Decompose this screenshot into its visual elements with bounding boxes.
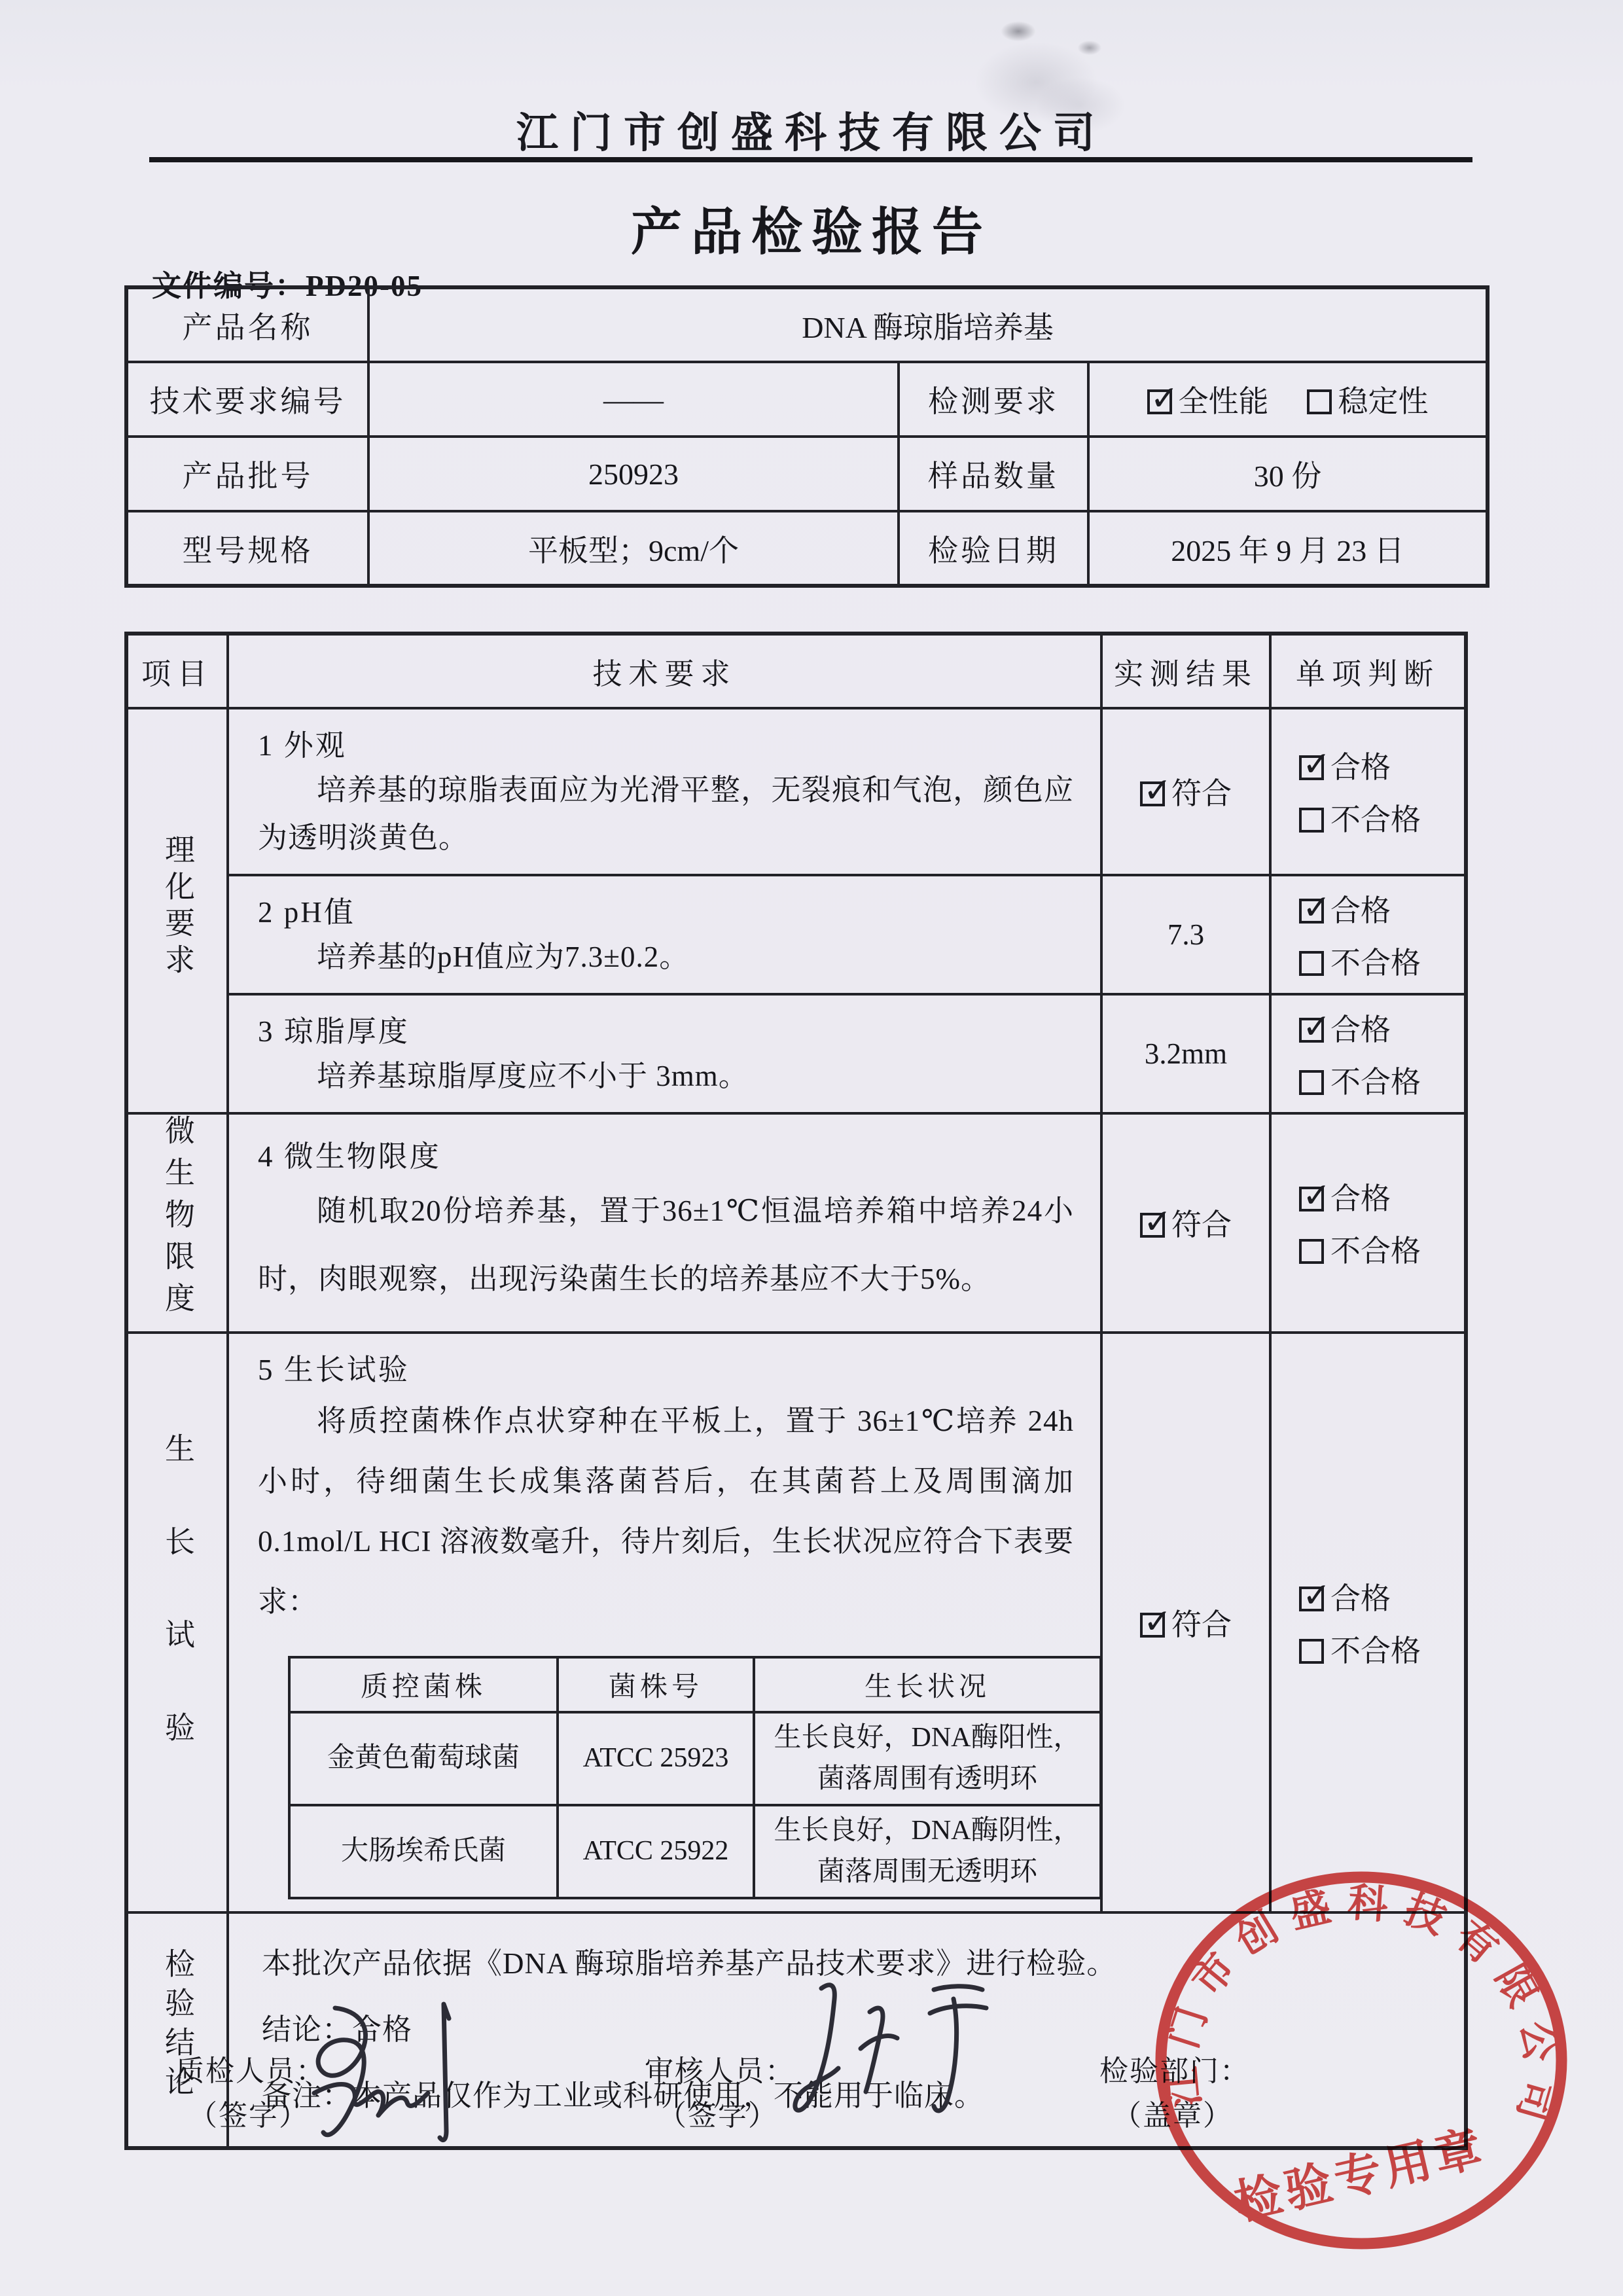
- col-header-result: 实测结果: [1101, 634, 1270, 708]
- tech-req-no-value: ——: [368, 362, 899, 437]
- test-req-option-stability: 稳定性: [1338, 385, 1429, 418]
- requirement-ph: 2 pH值 培养基的pH值应为7.3±0.2。: [228, 875, 1101, 994]
- requirement-thickness: 3 琼脂厚度 培养基琼脂厚度应不小于 3mm。: [228, 994, 1101, 1113]
- checkbox-unchecked-icon: [1307, 389, 1332, 414]
- reviewer-signature: [782, 1970, 1018, 2140]
- table-row: 型号规格 平板型；9cm/个 检验日期 2025 年 9 月 23 日: [126, 511, 1488, 586]
- judgement-microbial: 合格 不合格: [1270, 1113, 1466, 1333]
- inspection-stamp: 江门市创盛科技有限公司 检验专用章: [1137, 1856, 1585, 2275]
- report-page: 江门市创盛科技有限公司 产品检验报告 文件编号：PD20-05 产品名称 DNA…: [0, 0, 1623, 2296]
- checkbox-checked-icon: [1299, 899, 1324, 924]
- requirement-appearance: 1 外观 培养基的琼脂表面应为光滑平整，无裂痕和气泡，颜色应为透明淡黄色。: [228, 708, 1101, 875]
- col-header-item: 项目: [126, 634, 228, 708]
- batch-value: 250923: [368, 437, 899, 511]
- test-req-option-full: 全性能: [1179, 385, 1269, 418]
- table-row-ph: 2 pH值 培养基的pH值应为7.3±0.2。 7.3 合格 不合格: [126, 875, 1466, 994]
- report-title: 产品检验报告: [0, 191, 1623, 264]
- checkbox-checked-icon: [1299, 1018, 1324, 1043]
- checkbox-checked-icon: [1140, 1613, 1165, 1638]
- group-physchem: 理化要求: [126, 708, 228, 1113]
- checkbox-unchecked-icon: [1299, 951, 1324, 976]
- test-req-label: 检测要求: [899, 362, 1088, 437]
- checkbox-unchecked-icon: [1299, 1070, 1324, 1095]
- growth-col-status: 生长状况: [754, 1657, 1101, 1712]
- judgement-growth: 合格 不合格: [1270, 1333, 1466, 1912]
- group-microbial: 微生物限度: [126, 1113, 228, 1333]
- result-ph: 7.3: [1101, 875, 1270, 994]
- stamp-center-text: 检验专用章: [1230, 2121, 1490, 2230]
- qc-sign-sublabel: （签字）: [188, 2092, 309, 2134]
- growth-table-row: 大肠埃希氏菌 ATCC 25922 生长良好，DNA酶阴性，菌落周围无透明环: [289, 1805, 1101, 1898]
- stamp-ring-text: 江门市创盛科技有限公司: [1160, 1881, 1563, 2140]
- judgement-thickness: 合格 不合格: [1270, 994, 1466, 1113]
- checkbox-checked-icon: [1140, 1213, 1165, 1238]
- requirement-growth: 5 生长试验 将质控菌株作点状穿种在平板上，置于 36±1℃培养 24h 小时，…: [228, 1333, 1101, 1912]
- checkbox-checked-icon: [1299, 755, 1324, 780]
- sample-qty-value: 30 份: [1088, 437, 1488, 511]
- sample-qty-label: 样品数量: [899, 437, 1088, 511]
- checkbox-unchecked-icon: [1299, 808, 1324, 833]
- table-row: 产品批号 250923 样品数量 30 份: [126, 437, 1488, 511]
- group-growth: 生长试验: [126, 1333, 228, 1912]
- review-sign-sublabel: （签字）: [658, 2092, 778, 2134]
- growth-table-header-row: 质控菌株 菌株号 生长状况: [289, 1657, 1101, 1712]
- requirement-microbial: 4 微生物限度 随机取20份培养基，置于36±1℃恒温培养箱中培养24小时，肉眼…: [228, 1113, 1101, 1333]
- product-info-table: 产品名称 DNA 酶琼脂培养基 技术要求编号 —— 检测要求 全性能稳定性 产品…: [124, 285, 1489, 588]
- growth-table-row: 金黄色葡萄球菌 ATCC 25923 生长良好，DNA酶阳性，菌落周围有透明环: [289, 1712, 1101, 1805]
- result-microbial: 符合: [1101, 1113, 1270, 1333]
- checkbox-unchecked-icon: [1299, 1239, 1324, 1264]
- requirement-title: 1 外观: [258, 721, 1074, 764]
- table-row: 产品名称 DNA 酶琼脂培养基: [126, 287, 1488, 362]
- product-name-label: 产品名称: [126, 287, 368, 362]
- batch-label: 产品批号: [126, 437, 368, 511]
- date-label: 检验日期: [899, 511, 1088, 586]
- checkbox-checked-icon: [1299, 1187, 1324, 1211]
- table-row-thickness: 3 琼脂厚度 培养基琼脂厚度应不小于 3mm。 3.2mm 合格 不合格: [126, 994, 1466, 1113]
- product-name-value: DNA 酶琼脂培养基: [368, 287, 1488, 362]
- tech-req-no-label: 技术要求编号: [126, 362, 368, 437]
- result-thickness: 3.2mm: [1101, 994, 1270, 1113]
- table-row-appearance: 理化要求 1 外观 培养基的琼脂表面应为光滑平整，无裂痕和气泡，颜色应为透明淡黄…: [126, 708, 1466, 875]
- judgement-ph: 合格 不合格: [1270, 875, 1466, 994]
- checkbox-unchecked-icon: [1299, 1639, 1324, 1664]
- date-value: 2025 年 9 月 23 日: [1088, 511, 1488, 586]
- header-divider: [149, 157, 1472, 162]
- table-row-growth: 生长试验 5 生长试验 将质控菌株作点状穿种在平板上，置于 36±1℃培养 24…: [126, 1333, 1466, 1912]
- model-value: 平板型；9cm/个: [368, 511, 899, 586]
- growth-col-strain: 质控菌株: [289, 1657, 558, 1712]
- company-name: 江门市创盛科技有限公司: [0, 99, 1623, 160]
- table-row-microbial: 微生物限度 4 微生物限度 随机取20份培养基，置于36±1℃恒温培养箱中培养2…: [126, 1113, 1466, 1333]
- table-row: 技术要求编号 —— 检测要求 全性能稳定性: [126, 362, 1488, 437]
- judgement-appearance: 合格 不合格: [1270, 708, 1466, 875]
- requirement-body: 培养基的琼脂表面应为光滑平整，无裂痕和气泡，颜色应为透明淡黄色。: [258, 766, 1074, 862]
- col-header-judgement: 单项判断: [1270, 634, 1466, 708]
- result-appearance: 符合: [1101, 708, 1270, 875]
- checkbox-checked-icon: [1147, 389, 1172, 414]
- result-growth: 符合: [1101, 1333, 1270, 1912]
- checkbox-checked-icon: [1299, 1587, 1324, 1611]
- test-req-options: 全性能稳定性: [1088, 362, 1488, 437]
- col-header-requirement: 技术要求: [228, 634, 1101, 708]
- model-label: 型号规格: [126, 511, 368, 586]
- checkbox-checked-icon: [1140, 781, 1165, 806]
- growth-test-table: 质控菌株 菌株号 生长状况 金黄色葡萄球菌 ATCC 25923 生长良好，DN…: [288, 1656, 1102, 1899]
- review-person-label: 审核人员：: [645, 2047, 795, 2089]
- growth-col-strain-no: 菌株号: [558, 1657, 754, 1712]
- qc-signature: [294, 1995, 524, 2159]
- table-header-row: 项目 技术要求 实测结果 单项判断: [126, 634, 1466, 708]
